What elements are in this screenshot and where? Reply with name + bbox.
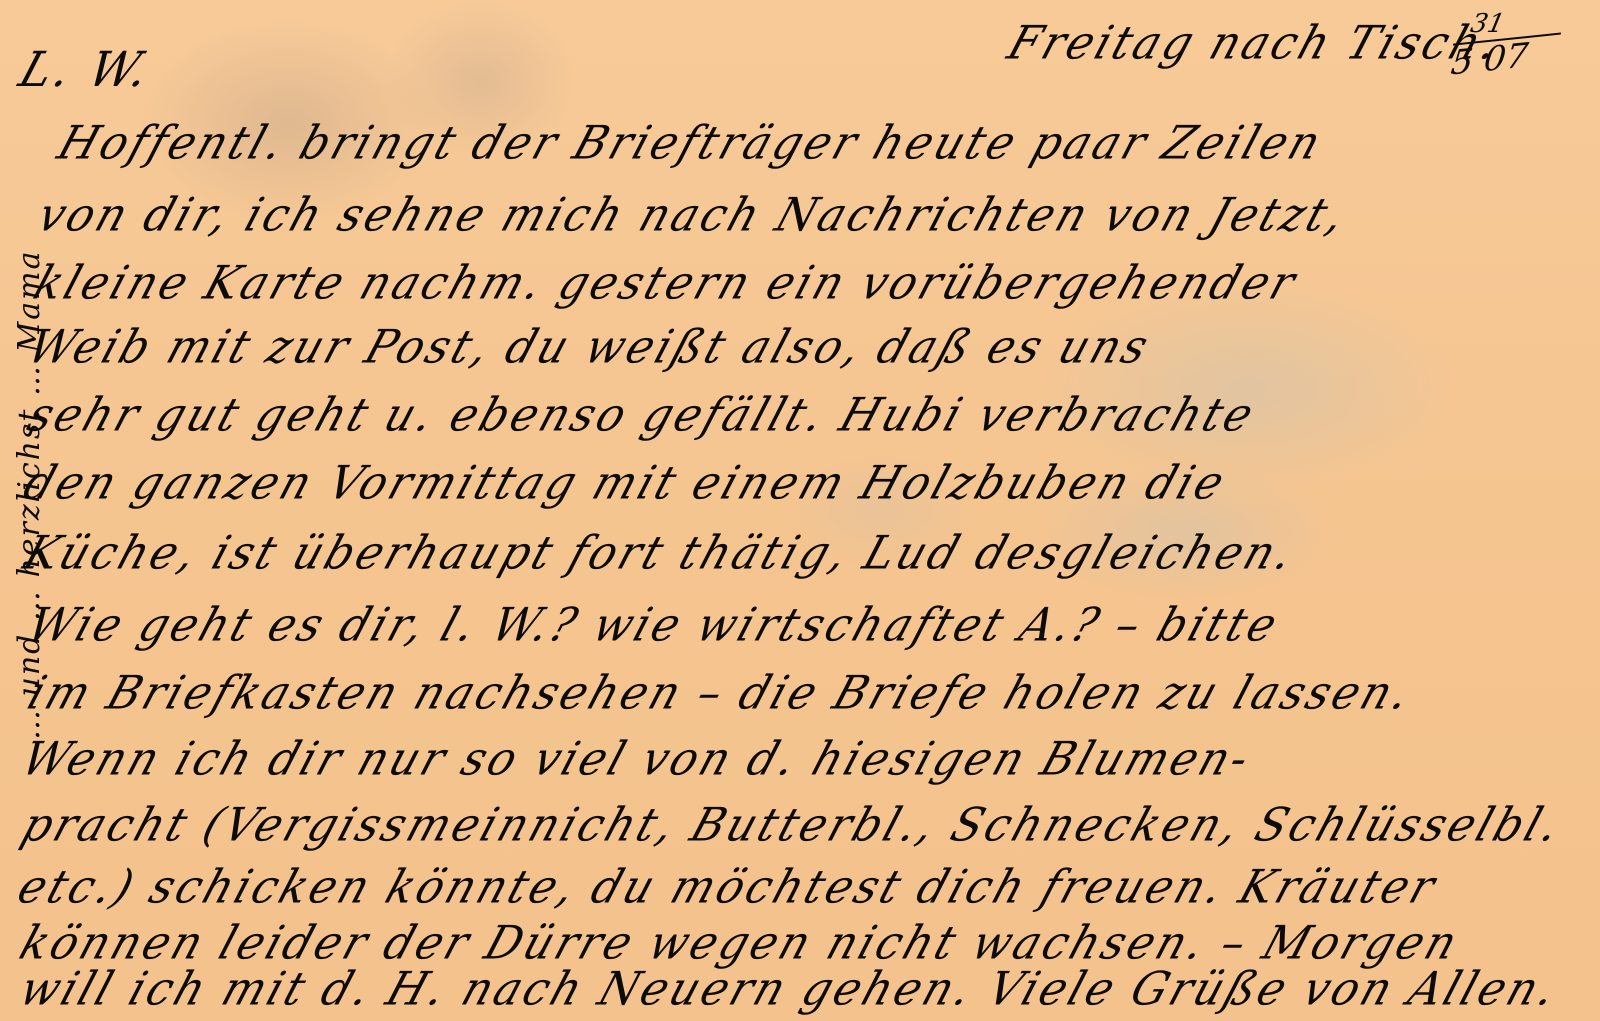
letter-line-1: Hoffentl. bringt der Briefträger heute p… xyxy=(51,117,1330,171)
letter-line-4: Weib mit zur Post, du weißt also, daß es… xyxy=(21,321,1157,375)
margin-note: … und … herzlichst … Mama xyxy=(12,250,47,740)
letter-line-5: sehr gut geht u. ebenso gefällt. Hubi ve… xyxy=(21,389,1262,443)
letter-line-10: Wenn ich dir nur so viel von d. hiesigen… xyxy=(15,733,1258,787)
letter-line-11: pracht (Vergissmeinnicht, Butterbl., Sch… xyxy=(15,799,1569,853)
letter-line-6: den ganzen Vormittag mit einem Holzbuben… xyxy=(17,457,1233,511)
letter-line-12: etc.) schicken könnte, du möchtest dich … xyxy=(11,861,1444,915)
dateline: Freitag nach Tisch. xyxy=(1001,17,1508,71)
letter-line-14: will ich mit d. H. nach Neuern gehen. Vi… xyxy=(13,963,1565,1017)
letter-line-3: kleine Karte nachm. gestern ein vorüberg… xyxy=(27,257,1304,311)
letter-line-9: im Briefkasten nachsehen – die Briefe ho… xyxy=(21,667,1419,721)
letter-line-2: von dir, ich sehne mich nach Nachrichten… xyxy=(31,189,1354,243)
date: 31 5 07 xyxy=(1448,10,1568,76)
date-month-year: 5 07 xyxy=(1449,33,1561,82)
letter-line-8: Wie geht es dir, l. W.? wie wirtschaftet… xyxy=(21,599,1286,653)
letter-line-7: Küche, ist überhaupt fort thätig, Lud de… xyxy=(17,527,1302,581)
salutation: L. W. xyxy=(13,41,160,98)
